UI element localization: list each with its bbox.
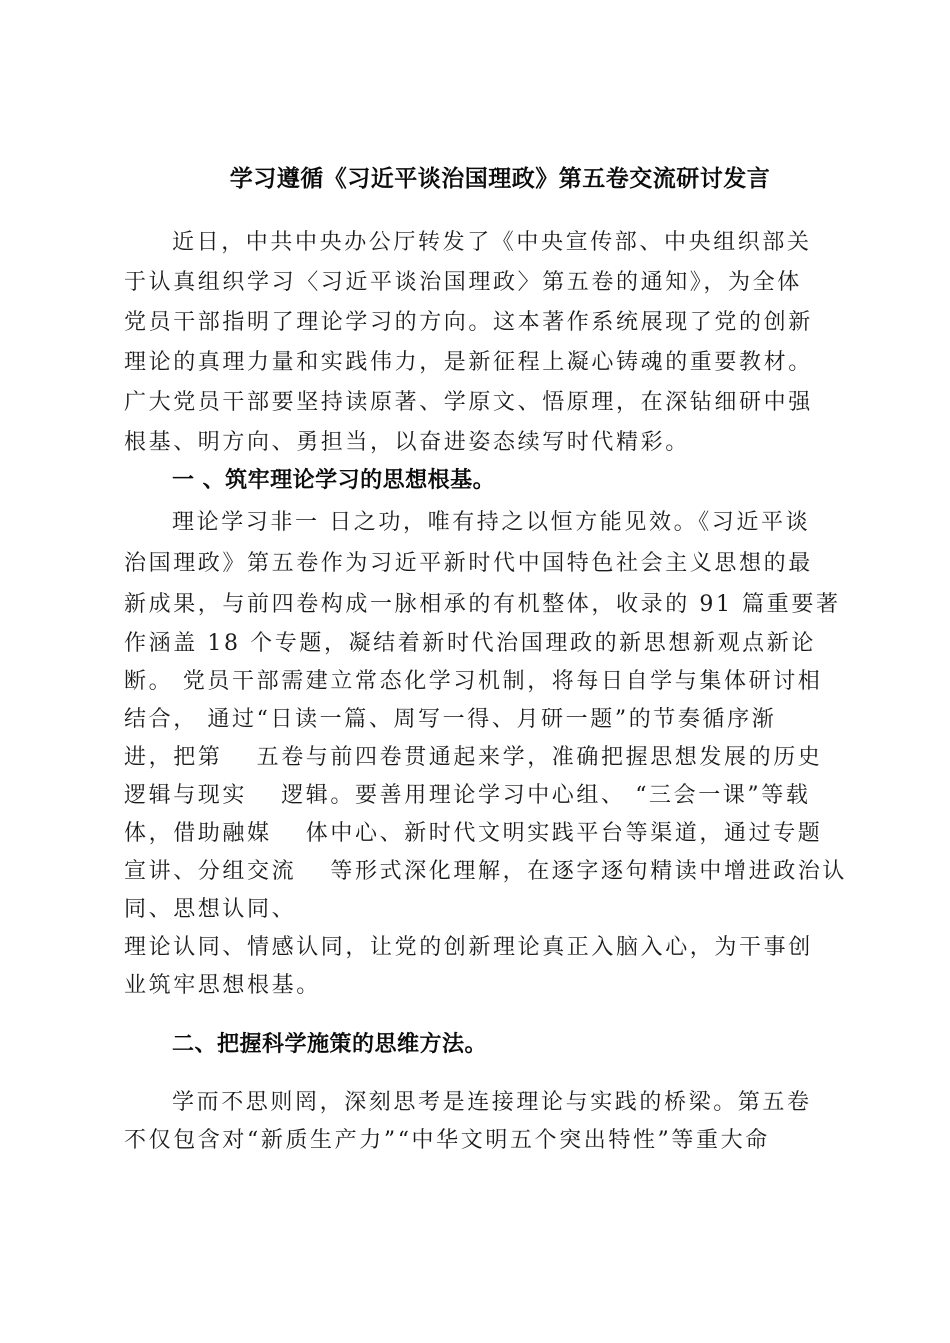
document-title: 学习遵循《习近平谈治国理政》第五卷交流研讨发言	[0, 160, 950, 193]
paragraph-1-line-3: 党员干部指明了理论学习的方向。这本著作系统展现了党的创新	[124, 308, 813, 338]
paragraph-2-line-10: 宣讲、分组交流 等形式深化理解，在逐字逐句精读中增进政治认	[124, 857, 847, 887]
paragraph-1-line-6: 根基、明方向、勇担当，以奋进姿态续写时代精彩。	[124, 428, 690, 458]
paragraph-2-line-11: 同、思想认同、	[124, 895, 296, 925]
paragraph-2-line-7: 进，把第 五卷与前四卷贯通起来学，准确把握思想发展的历史	[124, 743, 822, 773]
paragraph-2-line-1: 理论学习非一 日之功，唯有持之以恒方能见效。《习近平谈	[172, 508, 810, 538]
paragraph-2-line-5: 断。 党员干部需建立常态化学习机制，将每日自学与集体研讨相	[124, 667, 822, 697]
paragraph-2-line-13: 业筑牢思想根基。	[124, 971, 321, 1001]
paragraph-1-line-2: 于认真组织学习〈习近平谈治国理政〉第五卷的通知》，为全体	[124, 268, 802, 298]
document-page: 学习遵循《习近平谈治国理政》第五卷交流研讨发言 近日，中共中央办公厅转发了《中央…	[0, 0, 950, 1343]
paragraph-1-line-4: 理论的真理力量和实践伟力，是新征程上凝心铸魂的重要教材。	[124, 348, 813, 378]
section-heading-1: 一 、筑牢理论学习的思想根基。	[172, 466, 495, 496]
paragraph-2-line-2: 治国理政》第五卷作为习近平新时代中国特色社会主义思想的最	[124, 549, 813, 579]
paragraph-2-line-4: 作涵盖 18 个专题，凝结着新时代治国理政的新思想新观点新论	[124, 629, 816, 659]
section-heading-2: 二、把握科学施策的思维方法。	[172, 1030, 487, 1060]
paragraph-1-line-1: 近日，中共中央办公厅转发了《中央宣传部、中央组织部关	[172, 228, 812, 258]
paragraph-2-line-8: 逻辑与现实 逻辑。要善用理论学习中心组、 “三会一课”等载	[124, 781, 810, 811]
paragraph-3-line-2: 不仅包含对“新质生产力”“中华文明五个突出特性”等重大命	[124, 1126, 770, 1156]
paragraph-2-line-6: 结合， 通过“日读一篇、周写一得、月研一题”的节奏循序渐	[124, 705, 776, 735]
paragraph-3-line-1: 学而不思则罔，深刻思考是连接理论与实践的桥梁。第五卷	[172, 1088, 812, 1118]
paragraph-2-line-12: 理论认同、情感认同，让党的创新理论真正入脑入心，为干事创	[124, 933, 813, 963]
paragraph-2-line-9: 体，借助融媒 体中心、新时代文明实践平台等渠道，通过专题	[124, 819, 822, 849]
paragraph-2-line-3: 新成果，与前四卷构成一脉相承的有机整体，收录的 91 篇重要著	[124, 590, 841, 620]
paragraph-1-line-5: 广大党员干部要坚持读原著、学原文、悟原理，在深钻细研中强	[124, 388, 813, 418]
